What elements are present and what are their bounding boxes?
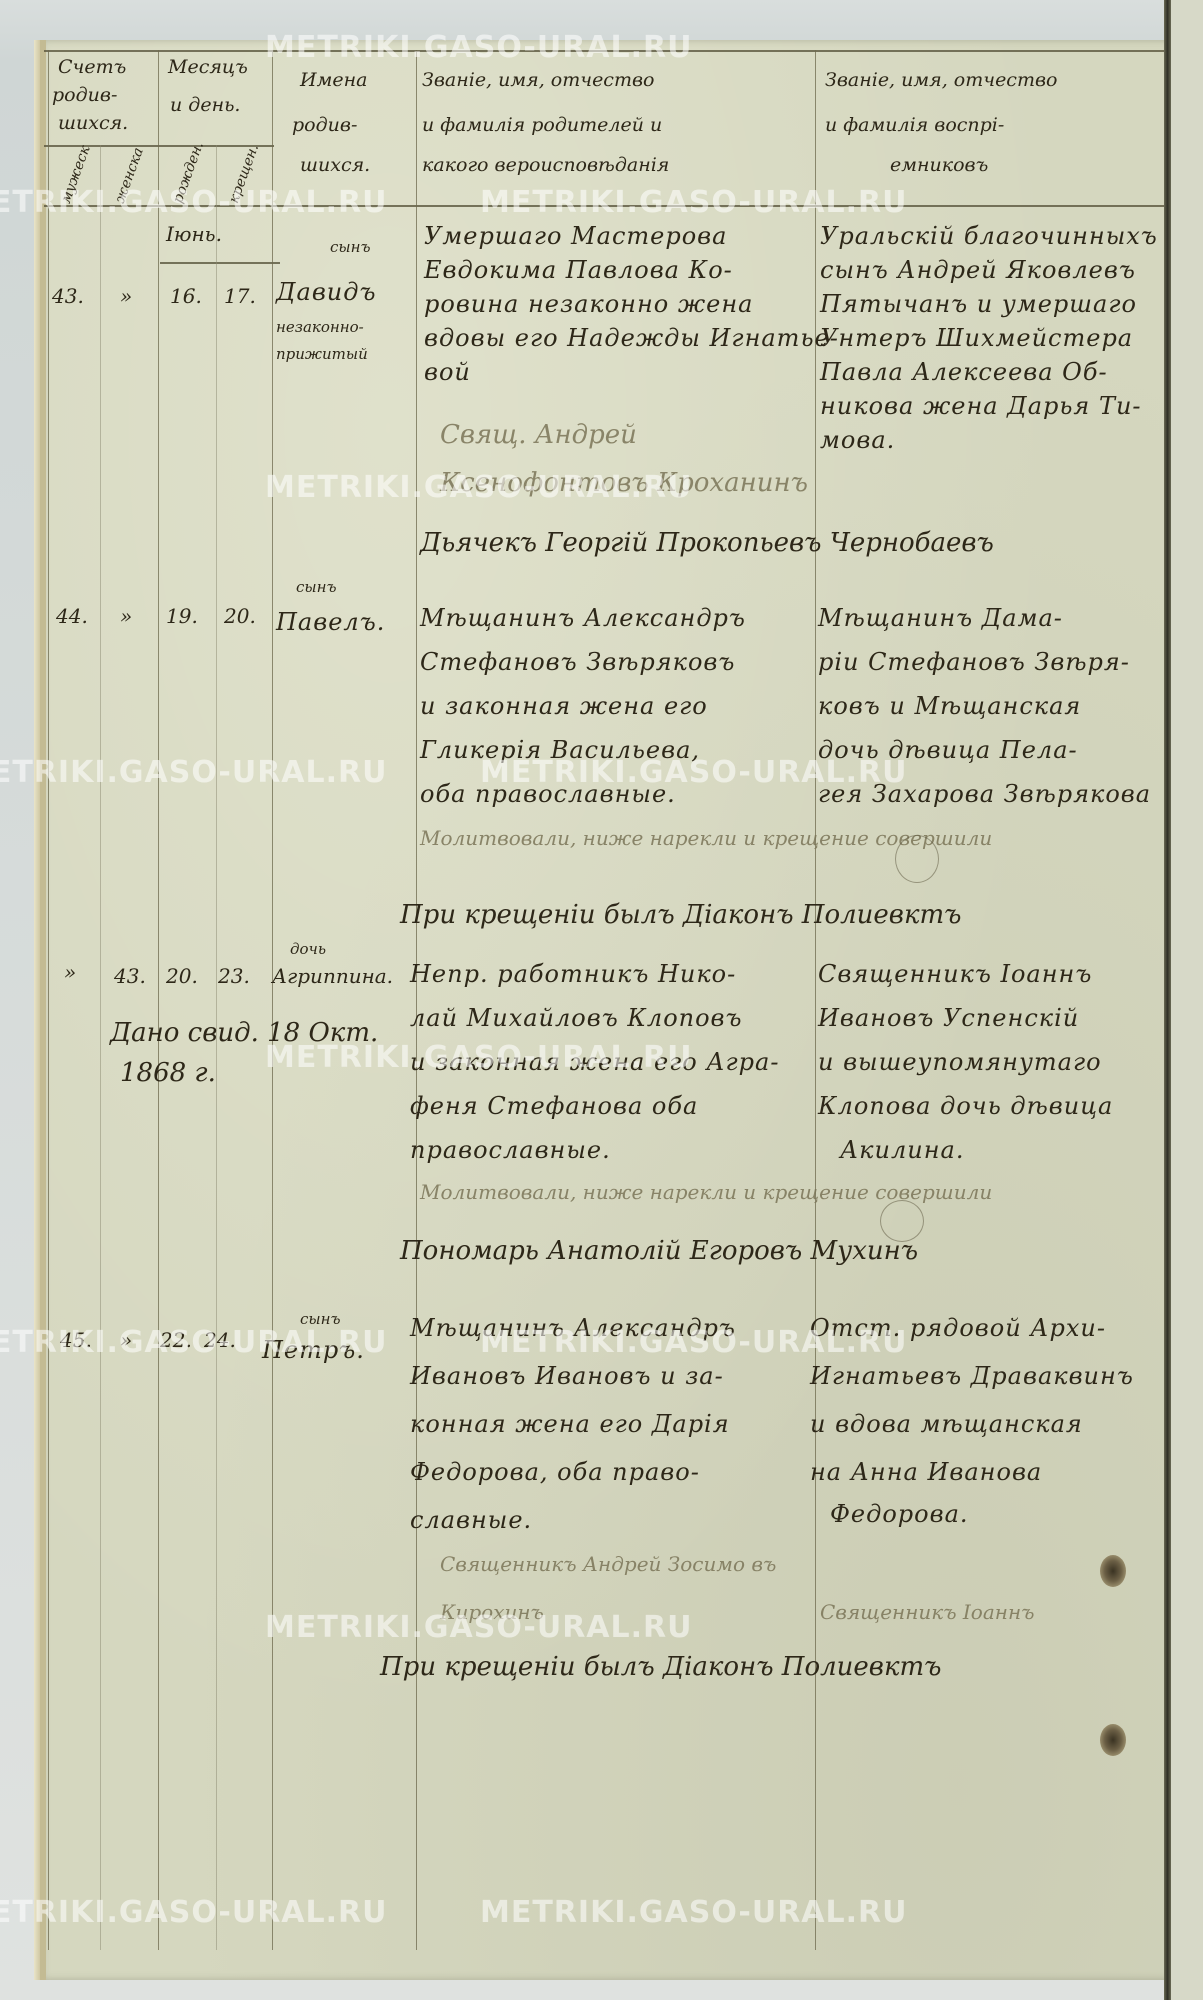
godparents-line: гея Захарова Звѣрякова: [818, 780, 1151, 808]
female-number: »: [120, 284, 132, 308]
child-name: Агриппина.: [272, 964, 393, 988]
header-text: емниковъ: [890, 150, 988, 180]
parents-line: Умершаго Мастерова: [424, 222, 727, 250]
stamp-mark: [895, 835, 939, 883]
baptism-day: 23.: [218, 964, 250, 988]
witness-line: Дьячекъ Георгій Прокопьевъ Чернобаевъ: [420, 528, 994, 558]
parents-line: Ивановъ Ивановъ и за-: [410, 1362, 724, 1390]
male-number: 45.: [60, 1328, 92, 1352]
margin-note: 1868 г.: [120, 1058, 216, 1088]
page-hole: [1100, 1724, 1126, 1756]
priest-signature: Кирохинъ: [440, 1600, 544, 1624]
margin-note: Дано свид. 18 Окт.: [110, 1018, 378, 1048]
child-type: сынъ: [300, 1310, 341, 1328]
col-divider-3: [272, 50, 273, 1950]
godparents-line: Уральскій благочинныхъ: [820, 222, 1158, 250]
child-type: сынъ: [296, 578, 337, 596]
parents-line: славные.: [410, 1506, 532, 1534]
header-text: Месяцъ: [168, 52, 248, 82]
header-text: шихся.: [58, 108, 128, 138]
parents-line: православные.: [410, 1136, 611, 1164]
birth-day: 22.: [160, 1328, 192, 1352]
parents-line: и законная жена его Агра-: [410, 1048, 779, 1076]
godparents-line: Священникъ Іоаннъ: [818, 960, 1092, 988]
parents-line: Гликерія Васильева,: [420, 736, 700, 764]
baptism-day: 20.: [224, 604, 256, 628]
parents-line: Непр. работникъ Нико-: [410, 960, 736, 988]
parents-line: ровина незаконно жена: [424, 290, 753, 318]
priest-signature: Священникъ Іоаннъ: [820, 1600, 1034, 1624]
parents-line: вой: [424, 358, 471, 386]
header-text: и фамилія родителей и: [422, 110, 662, 140]
witness-line: Пономарь Анатолій Егоровъ Мухинъ: [400, 1236, 918, 1266]
child-name: Петръ.: [262, 1336, 365, 1364]
godparents-line: никова жена Дарья Ти-: [820, 392, 1142, 420]
parents-line: Мѣщанинъ Александръ: [420, 604, 746, 632]
child-note: прижитый: [276, 345, 368, 363]
parents-line: Мѣщанинъ Александръ: [410, 1314, 736, 1342]
godparents-line: ріи Стефановъ Звѣря-: [818, 648, 1130, 676]
godparents-line: Мѣщанинъ Дама-: [818, 604, 1063, 632]
witness-line: При крещеніи былъ Діаконъ Полиевктъ: [380, 1652, 941, 1682]
godparents-line: Павла Алексеева Об-: [820, 358, 1108, 386]
priest-signature: Священникъ Андрей Зосимо въ: [440, 1552, 776, 1576]
godparents-line: на Анна Иванова: [810, 1458, 1042, 1486]
parents-line: феня Стефанова оба: [410, 1092, 698, 1120]
parents-line: оба православные.: [420, 780, 676, 808]
godparents-line: мова.: [820, 426, 895, 454]
header-bottom-border: [44, 205, 1164, 207]
col-divider-male-female: [100, 145, 101, 1950]
birth-day: 16.: [170, 284, 202, 308]
child-name: Давидъ: [276, 278, 376, 306]
parents-line: конная жена его Дарія: [410, 1410, 730, 1438]
godparents-line: и вышеупомянутаго: [818, 1048, 1102, 1076]
birth-day: 19.: [166, 604, 198, 628]
birth-day: 20.: [166, 964, 198, 988]
godparents-line: Отст. рядовой Архи-: [810, 1314, 1106, 1342]
female-number: »: [120, 604, 132, 628]
month-label: Іюнь.: [166, 222, 222, 246]
male-number: 44.: [56, 604, 88, 628]
page-hole: [1100, 1555, 1126, 1587]
header-text: Званіе, имя, отчество: [422, 65, 654, 95]
priest-signature: Ксенофонтовъ Кроханинъ: [440, 468, 808, 498]
parents-line: Федорова, оба право-: [410, 1458, 700, 1486]
header-text: и фамилія воспрі-: [825, 110, 1004, 140]
header-text: родив-: [52, 80, 117, 110]
parents-line: и законная жена его: [420, 692, 708, 720]
male-number: 43.: [52, 284, 84, 308]
godparents-line: сынъ Андрей Яковлевъ: [820, 256, 1136, 284]
header-text: шихся.: [300, 150, 370, 180]
godparents-line: Федорова.: [830, 1500, 969, 1528]
godparents-line: Пятычанъ и умершаго: [820, 290, 1137, 318]
child-note: незаконно-: [276, 318, 364, 336]
godparents-line: Унтеръ Шихмейстера: [820, 324, 1133, 352]
parents-line: вдовы его Надежды Игнатье-: [424, 324, 839, 352]
female-number: »: [120, 1328, 132, 1352]
godparents-line: дочь дѣвица Пела-: [818, 736, 1078, 764]
priest-signature: Свящ. Андрей: [440, 420, 637, 450]
godparents-line: Акилина.: [840, 1136, 964, 1164]
godparents-line: Ивановъ Успенскій: [818, 1004, 1079, 1032]
godparents-line: Клопова дочь дѣвица: [818, 1092, 1113, 1120]
header-text: Званіе, имя, отчество: [825, 65, 1057, 95]
col-divider-1: [48, 50, 49, 1950]
godparents-line: ковъ и Мѣщанская: [818, 692, 1081, 720]
witness-line: При крещеніи былъ Діаконъ Полиевктъ: [400, 900, 961, 930]
header-text: и день.: [170, 90, 240, 120]
female-number: 43.: [114, 964, 146, 988]
header-text: Счетъ: [58, 52, 126, 82]
month-divider: [160, 262, 280, 264]
parents-line: Стефановъ Звѣряковъ: [420, 648, 735, 676]
header-text: Имена: [300, 65, 367, 95]
col-divider-2: [158, 50, 159, 1950]
parents-line: Евдокима Павлова Ко-: [424, 256, 733, 284]
baptism-day: 17.: [224, 284, 256, 308]
child-type: дочь: [290, 940, 326, 958]
godparents-line: Игнатьевъ Драваквинъ: [810, 1362, 1134, 1390]
male-number: »: [64, 960, 76, 984]
parents-line: лай Михайловъ Клоповъ: [410, 1004, 743, 1032]
header-text: какого вероисповѣданія: [422, 150, 669, 180]
baptism-day: 24.: [204, 1328, 236, 1352]
adjacent-page-strip: [1171, 0, 1203, 2000]
child-type: сынъ: [330, 238, 371, 256]
header-text: родив-: [292, 110, 357, 140]
child-name: Павелъ.: [276, 608, 385, 636]
book-binding: [1164, 0, 1171, 2000]
godparents-line: и вдова мѣщанская: [810, 1410, 1083, 1438]
